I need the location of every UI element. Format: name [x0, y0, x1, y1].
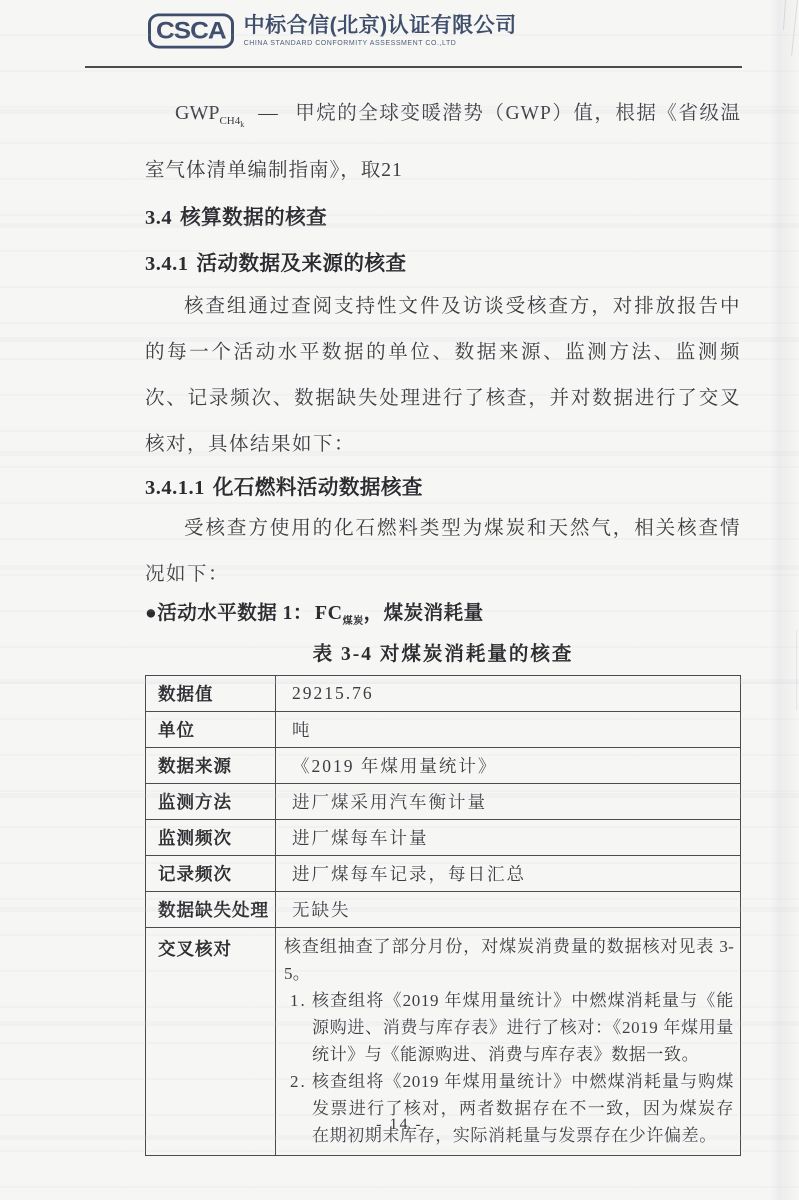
- row-label: 监测频次: [146, 820, 276, 856]
- gwp-definition-line: GWPCH4k—甲烷的全球变暖潜势（GWP）值，根据《省级温室气体清单编制指南》…: [145, 90, 741, 194]
- scan-artifact: [791, 0, 798, 56]
- header-divider: [85, 66, 742, 68]
- company-name-zh: 中标合信(北京)认证有限公司: [244, 14, 517, 38]
- table-row: 监测频次 进厂煤每车计量: [146, 820, 741, 856]
- table-row: 监测方法 进厂煤采用汽车衡计量: [146, 784, 741, 820]
- row-value: 进厂煤采用汽车衡计量: [276, 784, 741, 820]
- company-header: CSCA 中标合信(北京)认证有限公司 CHINA STANDARD CONFO…: [148, 12, 517, 50]
- row-value: 吨: [276, 712, 741, 748]
- row-label: 单位: [146, 712, 276, 748]
- section-heading-3-4: 3.4核算数据的核查: [145, 204, 741, 232]
- em-dash: —: [258, 103, 279, 124]
- cross-check-item: 1. 核查组将《2019 年煤用量统计》中燃煤消耗量与《能源购进、消费与库存表》…: [284, 987, 734, 1068]
- scan-artifact: [796, 630, 797, 710]
- table-row: 记录频次 进厂煤每车记录，每日汇总: [146, 856, 741, 892]
- csca-logo: CSCA: [148, 14, 234, 49]
- bullet-icon: ●: [145, 603, 157, 624]
- row-label: 监测方法: [146, 784, 276, 820]
- fc-symbol: FC煤炭: [315, 602, 364, 624]
- gwp-symbol: GWPCH4k: [175, 102, 244, 124]
- row-value: 进厂煤每车计量: [276, 820, 741, 856]
- scan-artifact: [783, 0, 786, 30]
- scanned-document-page: CSCA 中标合信(北京)认证有限公司 CHINA STANDARD CONFO…: [0, 0, 799, 1200]
- row-value: 进厂煤每车记录，每日汇总: [276, 856, 741, 892]
- cross-check-item: 2. 核查组将《2019 年煤用量统计》中燃煤消耗量与购煤发票进行了核对，两者数…: [284, 1068, 734, 1149]
- cross-check-intro: 核查组抽查了部分月份，对煤炭消费量的数据核对见表 3-5。: [284, 933, 734, 987]
- table-row: 单位 吨: [146, 712, 741, 748]
- row-value: 无缺失: [276, 892, 741, 928]
- row-label: 数据缺失处理: [146, 892, 276, 928]
- activity-data-bullet: ●活动水平数据 1：FC煤炭，煤炭消耗量: [145, 598, 741, 637]
- table-row: 数据来源 《2019 年煤用量统计》: [146, 748, 741, 784]
- table-row: 数据缺失处理 无缺失: [146, 892, 741, 928]
- paragraph-verification-scope: 核查组通过查阅支持性文件及访谈受核查方，对排放报告中的每一个活动水平数据的单位、…: [145, 284, 741, 468]
- company-name-en: CHINA STANDARD CONFORMITY ASSESSMENT CO.…: [244, 40, 517, 47]
- paragraph-fuel-types: 受核查方使用的化石燃料类型为煤炭和天然气，相关核查情况如下：: [145, 506, 741, 598]
- table-caption: 表 3-4 对煤炭消耗量的核查: [145, 641, 741, 669]
- document-body: GWPCH4k—甲烷的全球变暖潜势（GWP）值，根据《省级温室气体清单编制指南》…: [145, 78, 741, 1156]
- row-label: 记录频次: [146, 856, 276, 892]
- table-row: 数据值 29215.76: [146, 676, 741, 712]
- row-value: 《2019 年煤用量统计》: [276, 748, 741, 784]
- company-name-block: 中标合信(北京)认证有限公司 CHINA STANDARD CONFORMITY…: [244, 14, 517, 47]
- row-value: 29215.76: [276, 676, 741, 712]
- row-label: 数据来源: [146, 748, 276, 784]
- page-number: - 14 -: [0, 1116, 799, 1134]
- row-label: 数据值: [146, 676, 276, 712]
- section-heading-3-4-1-1: 3.4.1.1化石燃料活动数据核查: [145, 474, 741, 502]
- coal-consumption-verification-table: 数据值 29215.76 单位 吨 数据来源 《2019 年煤用量统计》 监测方…: [145, 675, 741, 1156]
- section-heading-3-4-1: 3.4.1活动数据及来源的核查: [145, 250, 741, 278]
